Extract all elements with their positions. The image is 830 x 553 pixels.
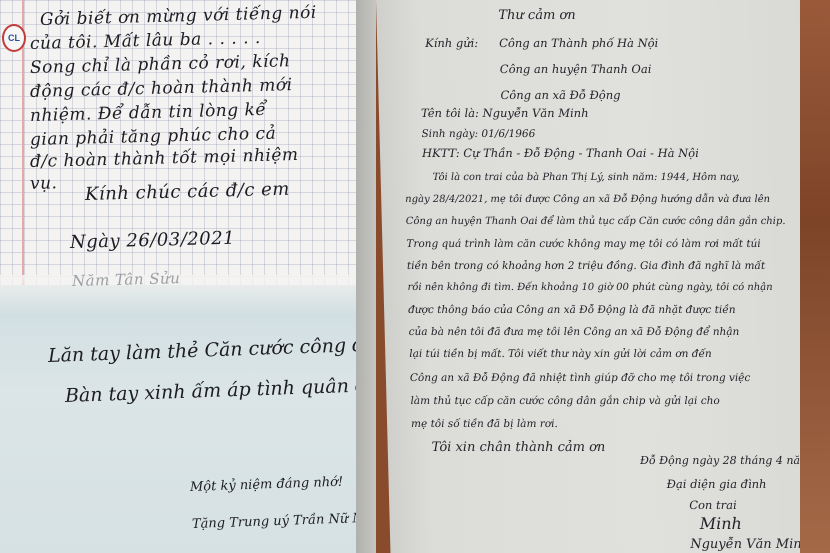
body-line: Công an huyện Thanh Oai để làm thủ tục c… (406, 216, 786, 227)
logo-icon: CL (2, 24, 26, 52)
letter-title: Thư cảm ơn (498, 8, 576, 23)
right-photo: Thư cảm ơn Kính gửi: Công an Thành phố H… (376, 0, 830, 553)
body-line: làm thủ tục cấp căn cước công dân gắn ch… (410, 395, 720, 407)
body-line: Công an xã Đỗ Động đã nhiệt tình giúp đỡ… (410, 372, 751, 384)
signature: Minh (699, 514, 742, 533)
closing-line: Tôi xin chân thành cảm ơn (432, 440, 606, 455)
recipient: Công an huyện Thanh Oai (500, 62, 652, 76)
recipient: Công an Thành phố Hà Nội (499, 36, 659, 50)
wooden-table-edge (800, 0, 830, 553)
representative-label: Đại diện gia đình (666, 477, 766, 491)
note-line: vụ. (30, 173, 58, 194)
body-line: rồi nên không đi tìm. Đến khoảng 10 giờ … (407, 282, 772, 293)
note-line: nhiệm. Để dẫn tin lòng kể (30, 100, 267, 126)
note-line: Gởi biết ơn mừng với tiếng nói (40, 3, 317, 30)
poem-line: Lăn tay làm thẻ Căn cước công dân (48, 333, 356, 367)
dedication-line: Tặng Trung uý Trần Nữ Ngọc (192, 510, 356, 532)
note-year: Năm Tân Sửu (72, 269, 181, 290)
grid-paper-note: CL Gởi biết ơn mừng với tiếng nói của tô… (0, 0, 356, 290)
body-line: Tôi là con trai của bà Phan Thị Lý, sinh… (433, 172, 740, 183)
left-photo: CL Gởi biết ơn mừng với tiếng nói của tô… (0, 0, 356, 553)
logo-text: CL (8, 33, 20, 43)
thank-you-letter: Thư cảm ơn Kính gửi: Công an Thành phố H… (376, 0, 820, 553)
poem-line: Bàn tay xinh ấm áp tình quân dân (65, 374, 356, 407)
dedication-line: Một kỷ niệm đáng nhớ! (190, 475, 344, 495)
body-line: ngày 28/4/2021, mẹ tôi được Công an xã Đ… (405, 194, 770, 205)
dob-line: Sinh ngày: 01/6/1966 (421, 128, 535, 140)
note-line: Song chỉ là phần cỏ rơi, kích (30, 51, 291, 78)
body-line: Trong quá trình làm căn cước không may m… (406, 238, 761, 250)
note-line: đ/c hoàn thành tốt mọi nhiệm (30, 145, 299, 172)
blue-paper-note: Lăn tay làm thẻ Căn cước công dân Bàn ta… (0, 285, 356, 553)
note-line: Kính chúc các đ/c em (85, 179, 290, 205)
note-date: Ngày 26/03/2021 (70, 228, 236, 253)
note-line: động các đ/c hoàn thành mới (30, 75, 293, 102)
body-line: được thông báo của Công an xã Đỗ Động là… (408, 304, 736, 316)
note-line: của tôi. Mất lâu ba . . . . . (30, 28, 261, 54)
recipient: Công an xã Đỗ Động (500, 88, 620, 102)
address-line: HKTT: Cự Thần - Đỗ Động - Thanh Oai - Hà… (422, 146, 699, 160)
body-line: lại túi tiền bị mất. Tôi viết thư này xi… (409, 348, 712, 360)
relation-label: Con trai (689, 498, 737, 512)
recipients-label: Kính gửi: (425, 36, 478, 50)
name-line: Tên tôi là: Nguyễn Văn Minh (421, 106, 589, 120)
body-line: mẹ tôi số tiền đã bị làm rơi. (411, 418, 558, 430)
body-line: của bà nên tôi đã đưa mẹ tôi lên Công an… (409, 326, 740, 338)
body-line: tiền bên trong có khoảng hơn 2 triệu đồn… (407, 260, 765, 272)
signer-name: Nguyễn Văn Minh (690, 537, 810, 552)
